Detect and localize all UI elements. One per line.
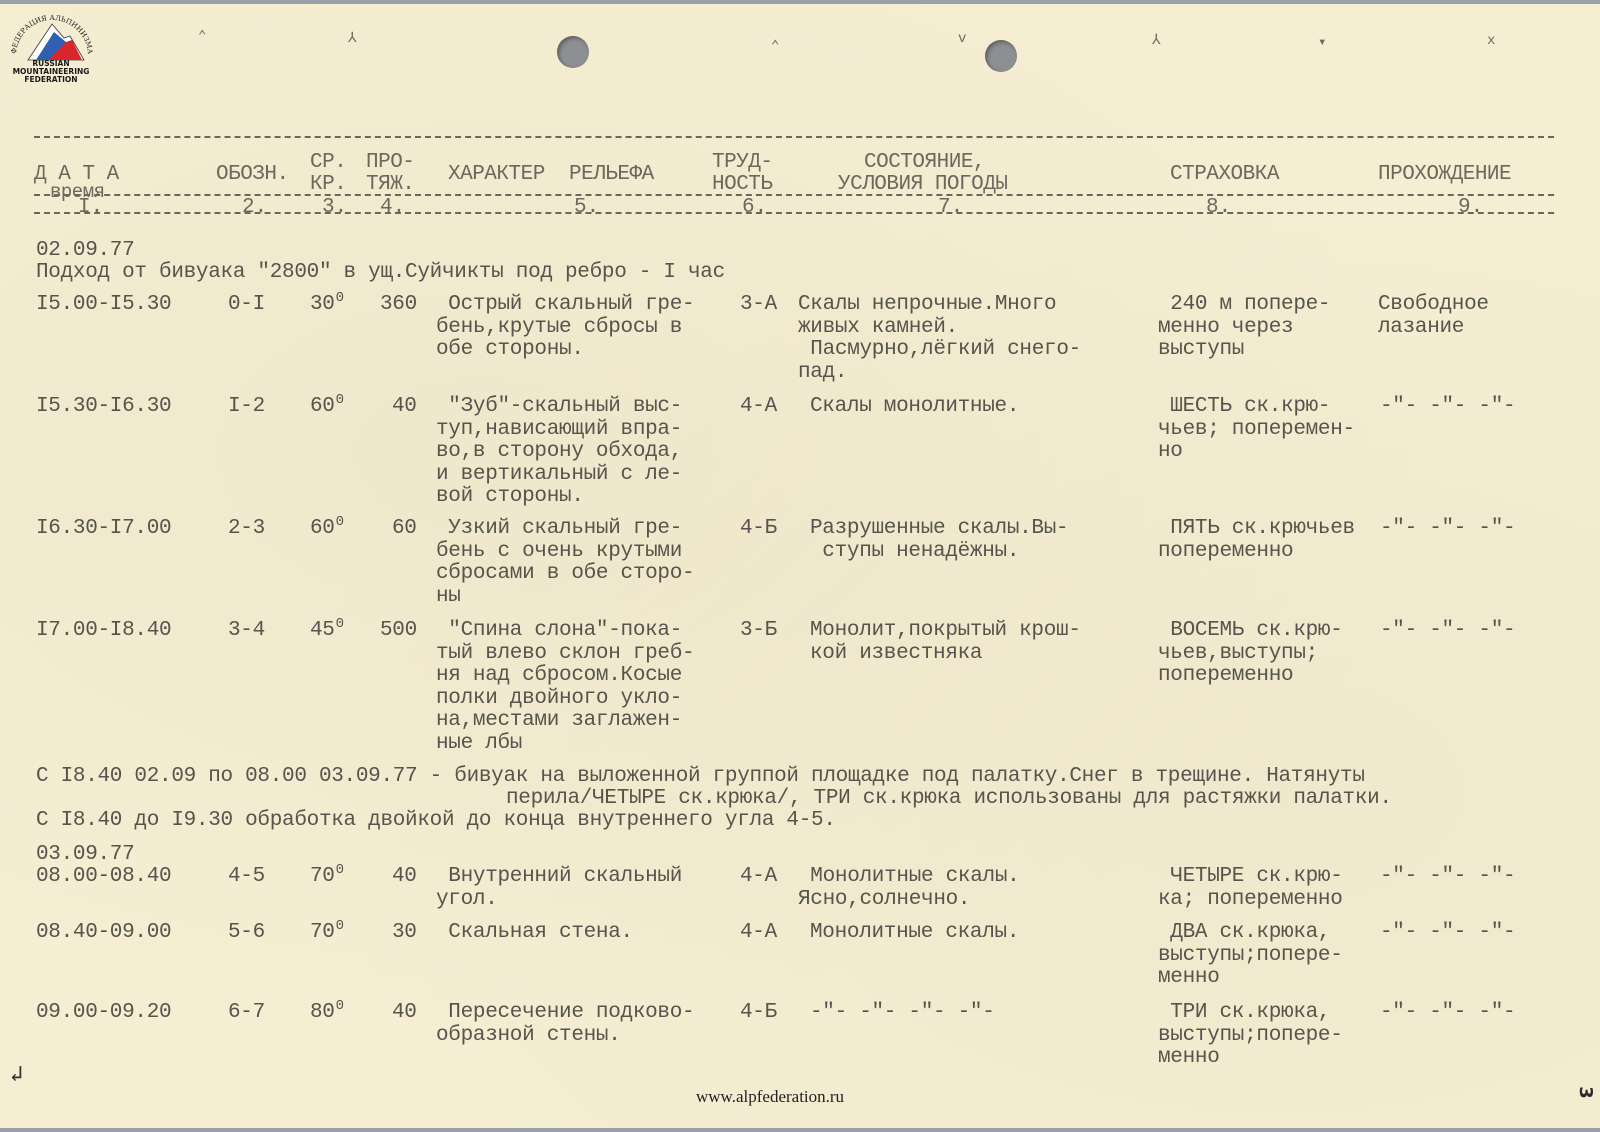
col-header-angle: СР. [310, 152, 346, 173]
page-number: 3 [1575, 1086, 1596, 1099]
cell-time: I6.30-I7.00 [36, 518, 171, 541]
logo-line: FEDERATION [8, 76, 94, 84]
cell-time: I7.00-I8.40 [36, 620, 171, 643]
cell-difficulty: 3-Б [740, 620, 777, 643]
cell-difficulty: 4-А [740, 396, 777, 419]
col-num-5: 5. [574, 196, 599, 219]
cell-angle: 450 [310, 620, 344, 644]
cell-relief: Скальная стена. [436, 922, 633, 945]
cell-relief: Внутренний скальный угол. [436, 866, 682, 911]
cell-length: 60 [392, 518, 417, 541]
cell-length: 40 [392, 396, 417, 419]
cell-difficulty: 4-Б [740, 1002, 777, 1025]
cell-angle: 300 [310, 294, 344, 318]
cell-length: 30 [392, 922, 417, 945]
cell-relief: Узкий скальный гре- бень с очень крутыми… [436, 518, 694, 608]
col-header-length: ПРО- [366, 152, 414, 173]
cell-passage: -"- -"- -"- [1380, 620, 1515, 643]
col-header-passage: ПРОХОЖДЕНИЕ [1378, 164, 1511, 185]
cell-conditions: Монолитные скалы. Ясно,солнечно. [798, 866, 1019, 911]
date-heading: 03.09.77 [36, 844, 134, 867]
cell-length: 40 [392, 866, 417, 889]
cell-length: 500 [380, 620, 417, 643]
cell-passage: -"- -"- -"- [1380, 922, 1515, 945]
degree-icon: 0 [336, 514, 344, 530]
approach-note: Подход от бивуака "2800" в ущ.Суйчикты п… [36, 262, 725, 285]
angle-value: 80 [310, 1001, 335, 1024]
angle-value: 70 [310, 865, 335, 888]
cell-time: I5.30-I6.30 [36, 396, 171, 419]
col-num-9: 9. [1458, 196, 1483, 219]
cell-time: I5.00-I5.30 [36, 294, 171, 317]
col-num-3: 3. [322, 196, 347, 219]
cell-section: 4-5 [228, 866, 265, 889]
cell-difficulty: 4-А [740, 866, 777, 889]
cell-belay: ШЕСТЬ ск.крю- чьев; поперемен- но [1158, 396, 1355, 464]
cell-section: 0-I [228, 294, 265, 317]
col-num-6: 6. [742, 196, 767, 219]
degree-icon: 0 [336, 616, 344, 632]
cell-relief: "Спина слона"-пока- тый влево склон греб… [436, 620, 694, 755]
cell-angle: 700 [310, 866, 344, 890]
cell-belay: ПЯТЬ ск.крючьев попеременно [1158, 518, 1355, 563]
pencil-mark-icon: ↲ [10, 1062, 23, 1088]
cell-section: 5-6 [228, 922, 265, 945]
date-heading: 02.09.77 [36, 240, 134, 263]
angle-value: 60 [310, 395, 335, 418]
cell-section: 6-7 [228, 1002, 265, 1025]
cell-section: 2-3 [228, 518, 265, 541]
cell-time: 09.00-09.20 [36, 1002, 171, 1025]
cell-belay: ТРИ ск.крюка, выступы;попере- менно [1158, 1002, 1343, 1070]
cell-belay: ЧЕТЫРЕ ск.крю- ка; попеременно [1158, 866, 1343, 911]
cell-difficulty: 3-А [740, 294, 777, 317]
cell-passage: Свободное лазание [1378, 294, 1489, 339]
cell-belay: 240 м попере- менно через выступы [1158, 294, 1330, 362]
col-header-angle-2: КР. [310, 174, 346, 195]
cell-conditions: Разрушенные скалы.Вы- ступы ненадёжны. [810, 518, 1068, 563]
cell-section: I-2 [228, 396, 265, 419]
cell-angle: 600 [310, 396, 344, 420]
processing-note: С I8.40 до I9.30 обработка двойкой до ко… [36, 810, 836, 833]
staple-mark: ⅄ [1152, 36, 1166, 46]
staple-mark: ⌃ [198, 32, 212, 42]
cell-angle: 800 [310, 1002, 344, 1026]
cell-length: 40 [392, 1002, 417, 1025]
cell-conditions: Монолитные скалы. [810, 922, 1019, 945]
footer-url: www.alpfederation.ru [696, 1087, 844, 1107]
bivouac-note: С I8.40 02.09 по 08.00 03.09.77 - бивуак… [36, 766, 1365, 789]
staple-mark: ▾ [1318, 38, 1332, 48]
degree-icon: 0 [336, 862, 344, 878]
cell-passage: -"- -"- -"- [1380, 396, 1515, 419]
cell-angle: 700 [310, 922, 344, 946]
col-num-2: 2. [242, 196, 267, 219]
punch-hole [985, 40, 1017, 72]
col-num-8: 8. [1206, 196, 1231, 219]
cell-difficulty: 4-Б [740, 518, 777, 541]
degree-icon: 0 [336, 392, 344, 408]
staple-mark: ⅄ [348, 34, 362, 44]
col-header-difficulty: ТРУД- [712, 152, 773, 173]
cell-belay: ВОСЕМЬ ск.крю- чьев,выступы; попеременно [1158, 620, 1343, 688]
cell-section: 3-4 [228, 620, 265, 643]
cell-difficulty: 4-А [740, 922, 777, 945]
col-header-section: ОБОЗН. [216, 164, 289, 185]
staple-mark: x [1487, 36, 1501, 46]
degree-icon: 0 [336, 918, 344, 934]
cell-angle: 600 [310, 518, 344, 542]
cell-conditions: -"- -"- -"- -"- [810, 1002, 995, 1025]
degree-icon: 0 [336, 998, 344, 1014]
col-header-belay: СТРАХОВКА [1170, 164, 1279, 185]
punch-hole [557, 36, 589, 68]
bivouac-note-cont: перила/ЧЕТЫРЕ ск.крюка/, ТРИ ск.крюка ис… [506, 788, 1392, 811]
cell-relief: Пересечение подково- образной стены. [436, 1002, 694, 1047]
col-num-4: 4. [380, 196, 405, 219]
cell-relief: "Зуб"-скальный выс- туп,нависающий впра-… [436, 396, 682, 509]
col-header-relief: ХАРАКТЕР РЕЛЬЕФА [448, 164, 654, 185]
angle-value: 60 [310, 517, 335, 540]
document-page: ⌃ ⅄ ⌃ v ⅄ ▾ x ФЕДЕРАЦИЯ АЛЬПИНИЗМА РОССИ… [0, 4, 1600, 1128]
cell-time: 08.00-08.40 [36, 866, 171, 889]
angle-value: 70 [310, 921, 335, 944]
cell-conditions: Скалы монолитные. [810, 396, 1019, 419]
cell-length: 360 [380, 294, 417, 317]
cell-conditions: Скалы непрочные.Много живых камней. Пасм… [798, 294, 1081, 384]
cell-passage: -"- -"- -"- [1380, 518, 1515, 541]
col-header-conditions-2: УСЛОВИЯ ПОГОДЫ [838, 174, 1007, 195]
angle-value: 30 [310, 293, 335, 316]
cell-belay: ДВА ск.крюка, выступы;попере- менно [1158, 922, 1343, 990]
staple-mark: v [958, 34, 972, 44]
col-header-difficulty-2: НОСТЬ [712, 174, 773, 195]
angle-value: 45 [310, 619, 335, 642]
col-header-conditions: СОСТОЯНИЕ, [864, 152, 985, 173]
header-rule-top [34, 136, 1554, 138]
degree-icon: 0 [336, 290, 344, 306]
staple-mark: ⌃ [771, 42, 785, 52]
col-num-7: 7. [938, 196, 963, 219]
cell-passage: -"- -"- -"- [1380, 866, 1515, 889]
cell-passage: -"- -"- -"- [1380, 1002, 1515, 1025]
logo-caption: RUSSIAN MOUNTAINEERING FEDERATION [8, 60, 94, 84]
col-header-length-2: ТЯЖ. [366, 174, 414, 195]
cell-time: 08.40-09.00 [36, 922, 171, 945]
cell-conditions: Монолит,покрытый крош- кой известняка [810, 620, 1081, 665]
col-num-1: I. [78, 196, 103, 219]
cell-relief: Острый скальный гре- бень,крутые сбросы … [436, 294, 694, 362]
